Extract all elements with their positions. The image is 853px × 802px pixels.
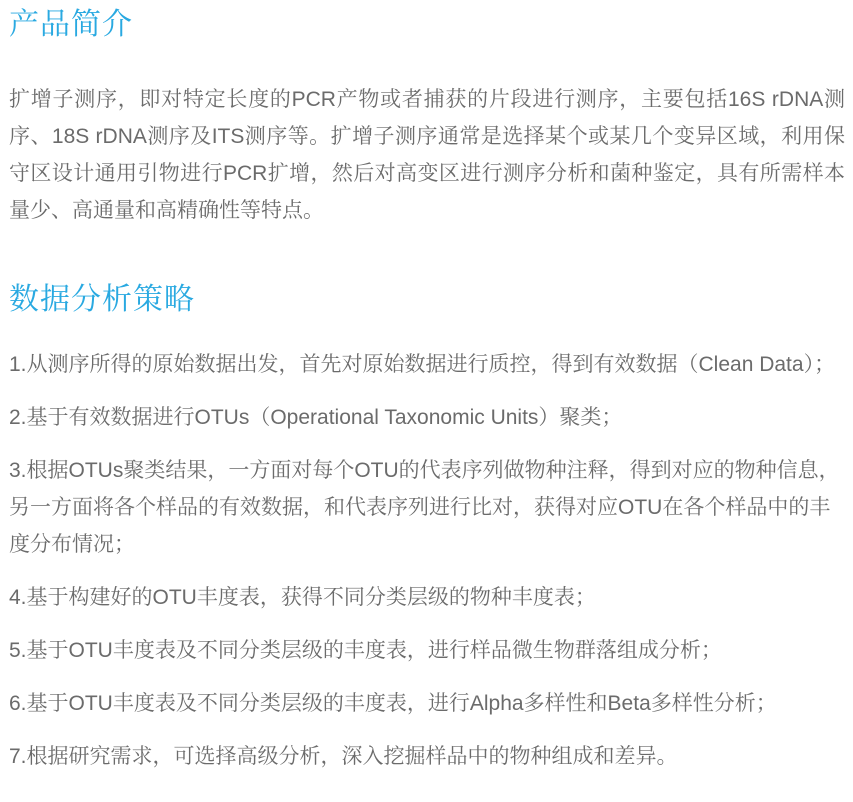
analysis-step-2: 2.基于有效数据进行OTUs（Operational Taxonomic Uni… <box>9 399 845 436</box>
section-heading-product-intro: 产品简介 <box>9 8 845 43</box>
analysis-step-6: 6.基于OTU丰度表及不同分类层级的丰度表，进行Alpha多样性和Beta多样性… <box>9 685 845 722</box>
analysis-step-4: 4.基于构建好的OTU丰度表，获得不同分类层级的物种丰度表； <box>9 579 845 616</box>
section-heading-analysis-strategy: 数据分析策略 <box>9 283 845 318</box>
analysis-step-1: 1.从测序所得的原始数据出发，首先对原始数据进行质控，得到有效数据（Clean … <box>9 346 845 383</box>
analysis-step-7: 7.根据研究需求，可选择高级分析，深入挖掘样品中的物种组成和差异。 <box>9 738 845 775</box>
article-content: 产品简介 扩增子测序，即对特定长度的PCR产物或者捕获的片段进行测序，主要包括1… <box>0 0 853 775</box>
analysis-steps-list: 1.从测序所得的原始数据出发，首先对原始数据进行质控，得到有效数据（Clean … <box>9 346 845 775</box>
analysis-step-5: 5.基于OTU丰度表及不同分类层级的丰度表，进行样品微生物群落组成分析； <box>9 632 845 669</box>
analysis-step-3: 3.根据OTUs聚类结果，一方面对每个OTU的代表序列做物种注释，得到对应的物种… <box>9 452 845 563</box>
product-intro-paragraph: 扩增子测序，即对特定长度的PCR产物或者捕获的片段进行测序，主要包括16S rD… <box>9 81 845 229</box>
